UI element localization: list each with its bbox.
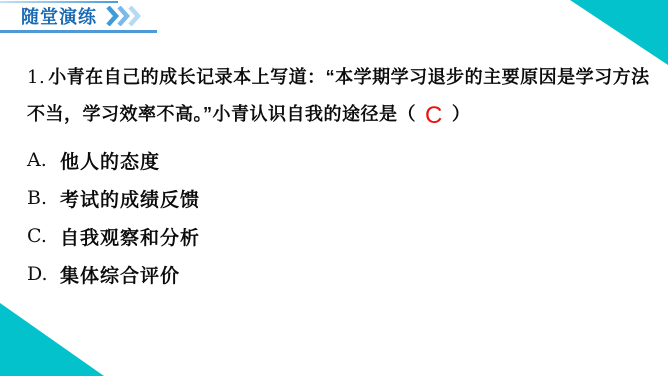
triple-chevron-icon — [106, 6, 142, 26]
question-line-1: 1.小青在自己的成长记录本上写道：“本学期学习退步的主要原因是学习方法 — [27, 67, 650, 87]
option-d: D. 集体综合评价 — [27, 255, 200, 293]
option-c-label: C. — [27, 225, 60, 247]
answer-letter: C — [416, 102, 452, 129]
teal-corner-bottom-left — [0, 303, 104, 376]
chevron-icon — [119, 7, 127, 25]
question-number: 1. — [27, 67, 48, 88]
option-b-text: 考试的成绩反馈 — [60, 185, 200, 212]
title-underline — [0, 30, 157, 33]
option-d-text: 集体综合评价 — [60, 261, 180, 288]
page-title: 随堂演练 — [21, 3, 97, 29]
option-d-label: D. — [27, 263, 60, 285]
option-b-label: B. — [27, 187, 60, 209]
option-b: B. 考试的成绩反馈 — [27, 179, 200, 217]
answer-paren-open: （ — [398, 104, 417, 124]
option-c-text: 自我观察和分析 — [60, 223, 200, 250]
teal-corner-top-right — [570, 0, 668, 65]
option-c: C. 自我观察和分析 — [27, 217, 200, 255]
question-text: 1.小青在自己的成长记录本上写道：“本学期学习退步的主要原因是学习方法 不当，学… — [27, 60, 659, 132]
slide: 随堂演练 1.小青在自己的成长记录本上写道：“本学期学习退步的主要原因是学习方法… — [0, 0, 668, 376]
chevron-icon — [130, 7, 138, 25]
question-line-2-text: 不当，学习效率不高。”小青认识自我的途径是 — [27, 104, 398, 124]
option-a-text: 他人的态度 — [60, 147, 160, 174]
chevron-icon — [108, 7, 116, 25]
title-bar: 随堂演练 — [21, 4, 142, 28]
question-line-2: 不当，学习效率不高。”小青认识自我的途径是（C） — [27, 104, 470, 124]
answer-paren-close: ） — [452, 104, 471, 124]
question-line-1-text: 小青在自己的成长记录本上写道：“本学期学习退步的主要原因是学习方法 — [48, 67, 650, 87]
option-a-label: A. — [27, 149, 60, 171]
option-a: A. 他人的态度 — [27, 141, 200, 179]
options-list: A. 他人的态度 B. 考试的成绩反馈 C. 自我观察和分析 D. 集体综合评价 — [27, 141, 200, 293]
